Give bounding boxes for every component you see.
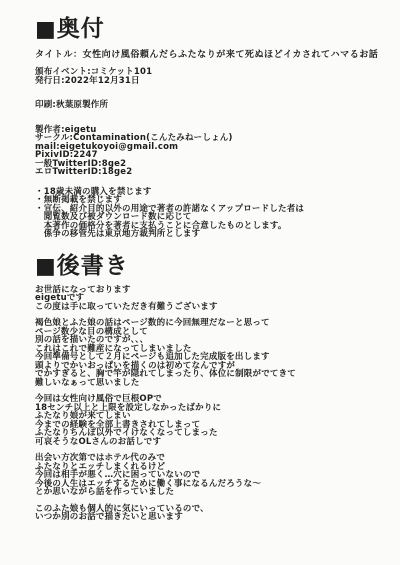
afterword-paragraph: お世話になっておりますeigetuですこの度は手に取っていただき有難うございます xyxy=(35,286,382,312)
colophon-heading: ■奥付 xyxy=(35,16,382,43)
book-title-line: タイトル：女性向け風俗頼んだらふたなりが来て死ぬほどイカされてハマるお話 xyxy=(35,50,382,60)
legal-notices-block: ・18歳未満の購入を禁じます・無断掲載を禁じます・宣伝、紹介目的以外の用途で著者… xyxy=(35,188,382,239)
colophon-page: ■奥付 タイトル：女性向け風俗頼んだらふたなりが来て死ぬほどイカされてハマるお話… xyxy=(0,0,400,522)
afterword-line: いつか別のお話で描きたいと思います xyxy=(35,513,382,522)
afterword-line: 可哀そうなOLさんのお話しです xyxy=(35,438,382,447)
afterword-heading-label: 後書き xyxy=(57,253,129,279)
afterword-heading: ■後書き xyxy=(35,253,382,280)
event-date-block: 頒布イベント:コミケット101 発行日:2022年12月31日 xyxy=(35,68,382,85)
afterword-paragraph: 褐色娘とふた娘の話はページ数的に今回無理だなーと思ってページ数少な目の構成として… xyxy=(35,319,382,387)
colophon-heading-label: 奥付 xyxy=(57,16,105,42)
author-credits-block: 製作者:eigetuサークル:Contamination(こんたみねーしょん)m… xyxy=(35,126,382,177)
publication-date-line: 発行日:2022年12月31日 xyxy=(35,77,382,86)
afterword-body: お世話になっておりますeigetuですこの度は手に取っていただき有難うございます… xyxy=(35,286,382,522)
black-square-icon: ■ xyxy=(35,254,57,279)
black-square-icon: ■ xyxy=(35,17,57,42)
printer-line: 印刷:秋葉原製作所 xyxy=(35,101,382,110)
afterword-paragraph: 出会い方次第ではホテル代のみでふたなりとエッチしまくれるけど今回は相手が悪く…穴… xyxy=(35,454,382,497)
credit-line: エロTwitterID:18ge2 xyxy=(35,168,382,177)
printer-block: 印刷:秋葉原製作所 xyxy=(35,101,382,110)
afterword-line: この度は手に取っていただき有難うございます xyxy=(35,303,382,312)
afterword-line: 難しいなぁって思いました xyxy=(35,379,382,388)
notice-line: 係争の移管先は東京地方裁判所とします xyxy=(35,230,382,239)
afterword-paragraph: 今回は女性向け風俗で巨根OPで18センチ以上と上限を設定しなかったばかりにふたな… xyxy=(35,395,382,446)
afterword-line: とか思いながら話を作っていました xyxy=(35,488,382,497)
afterword-paragraph: このふた娘も個人的に気にいっているので、いつか別のお話で描きたいと思います xyxy=(35,505,382,522)
afterword-line: お世話になっております xyxy=(35,286,382,295)
